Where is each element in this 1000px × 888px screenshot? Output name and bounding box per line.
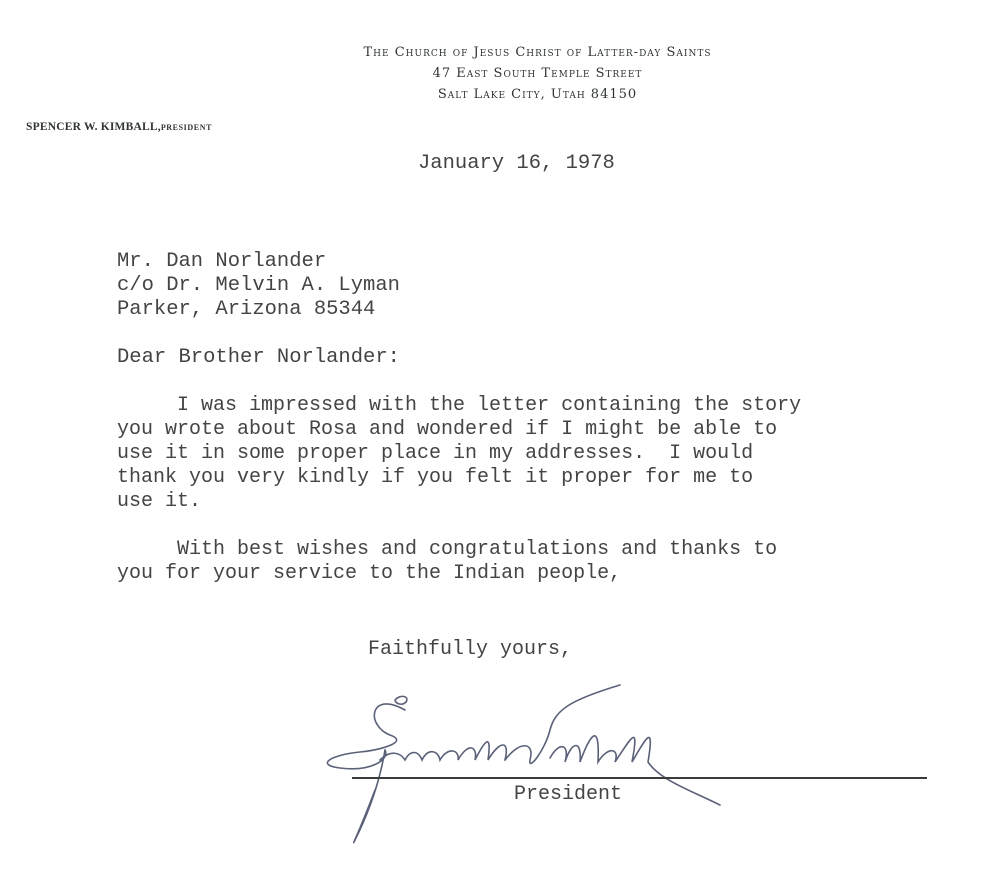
- letter-date: January 16, 1978: [418, 152, 615, 176]
- letterhead-street: 47 East South Temple Street: [0, 66, 1000, 81]
- body-paragraph-1: I was impressed with the letter containi…: [117, 394, 801, 514]
- closing: Faithfully yours,: [368, 638, 572, 662]
- signature-line: [352, 777, 927, 779]
- body-paragraph-2: With best wishes and congratulations and…: [117, 538, 777, 586]
- signature-scrawl: [310, 680, 850, 850]
- recipient-line: Mr. Dan Norlander: [117, 250, 326, 273]
- recipient-address: Mr. Dan Norlander c/o Dr. Melvin A. Lyma…: [117, 250, 400, 322]
- officer-name: SPENCER W. KIMBALL,: [26, 121, 161, 133]
- signer-title: President: [514, 783, 622, 807]
- letterhead-officer: SPENCER W. KIMBALL,PRESIDENT: [26, 121, 212, 133]
- recipient-line: Parker, Arizona 85344: [117, 298, 375, 321]
- salutation: Dear Brother Norlander:: [117, 346, 400, 370]
- officer-title: PRESIDENT: [161, 123, 212, 132]
- letterhead-city: Salt Lake City, Utah 84150: [0, 87, 1000, 102]
- letterhead-organization: The Church of Jesus Christ of Latter-day…: [0, 45, 1000, 60]
- recipient-line: c/o Dr. Melvin A. Lyman: [117, 274, 400, 297]
